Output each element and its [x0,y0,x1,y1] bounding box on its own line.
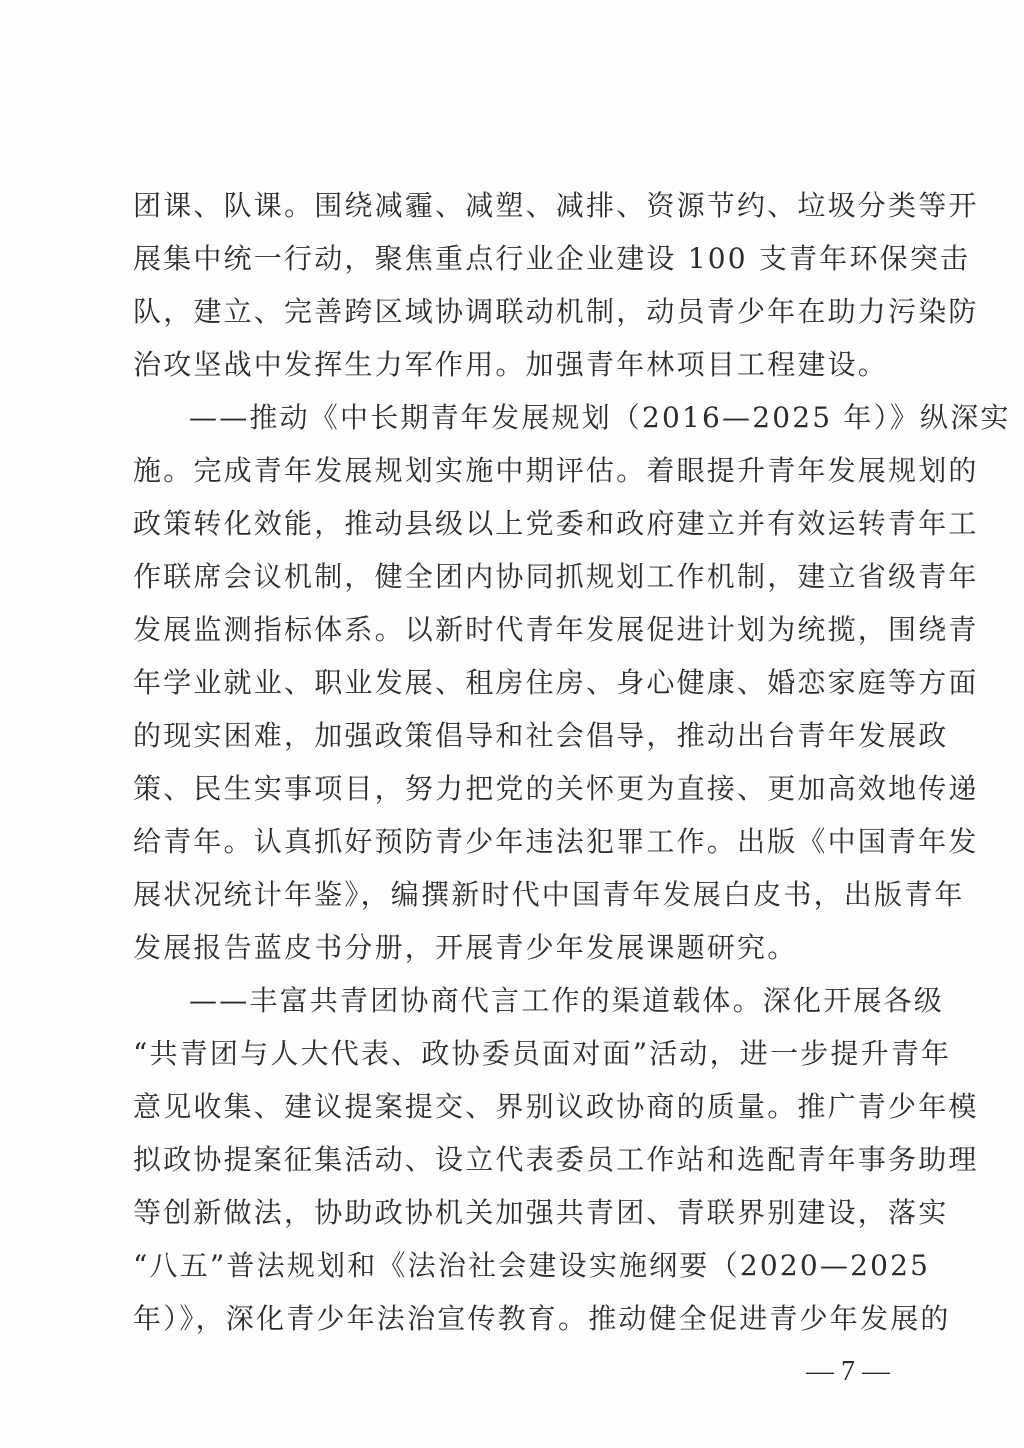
text-line: 给青年。认真抓好预防青少年违法犯罪工作。出版《中国青年发 [133,822,893,862]
text-line: 意见收集、建议提案提交、界别议政协商的质量。推广青少年模 [133,1087,893,1127]
paragraph-heading-line: ——推动《中长期青年发展规划（2016—2025 年）》纵深实 [189,398,893,438]
text-line: 策、民生实事项目，努力把党的关怀更为直接、更加高效地传递 [133,769,893,809]
text-line: 拟政协提案征集活动、设立代表委员工作站和选配青年事务助理 [133,1140,893,1180]
text-line: 队，建立、完善跨区域协调联动机制，动员青少年在助力污染防 [133,292,893,332]
text-line: 政策转化效能，推动县级以上党委和政府建立并有效运转青年工 [133,504,893,544]
text-line: 发展报告蓝皮书分册，开展青少年发展课题研究。 [133,928,893,968]
paragraph-heading-line: ——丰富共青团协商代言工作的渠道载体。深化开展各级 [189,981,893,1021]
text-line: “共青团与人大代表、政协委员面对面”活动，进一步提升青年 [133,1034,893,1074]
text-line: 年）》，深化青少年法治宣传教育。推动健全促进青少年发展的 [133,1299,893,1339]
text-line: 团课、队课。围绕减霾、减塑、减排、资源节约、垃圾分类等开 [133,186,893,226]
document-page: 团课、队课。围绕减霾、减塑、减排、资源节约、垃圾分类等开 展集中统一行动，聚焦重… [0,0,1024,1448]
text-line: 展状况统计年鉴》，编撰新时代中国青年发展白皮书，出版青年 [133,875,893,915]
text-line: 治攻坚战中发挥生力军作用。加强青年林项目工程建设。 [133,345,893,385]
text-line: 的现实困难，加强政策倡导和社会倡导，推动出台青年发展政 [133,716,893,756]
text-line: 年学业就业、职业发展、租房住房、身心健康、婚恋家庭等方面 [133,663,893,703]
page-number: — 7 — [798,1354,898,1390]
text-line: 施。完成青年发展规划实施中期评估。着眼提升青年发展规划的 [133,451,893,491]
text-line: 发展监测指标体系。以新时代青年发展促进计划为统揽，围绕青 [133,610,893,650]
text-line: “八五”普法规划和《法治社会建设实施纲要（2020—2025 [133,1246,893,1286]
text-line: 作联席会议机制，健全团内协同抓规划工作机制，建立省级青年 [133,557,893,597]
text-line: 展集中统一行动，聚焦重点行业企业建设 100 支青年环保突击 [133,239,893,279]
text-line: 等创新做法，协助政协机关加强共青团、青联界别建设，落实 [133,1193,893,1233]
